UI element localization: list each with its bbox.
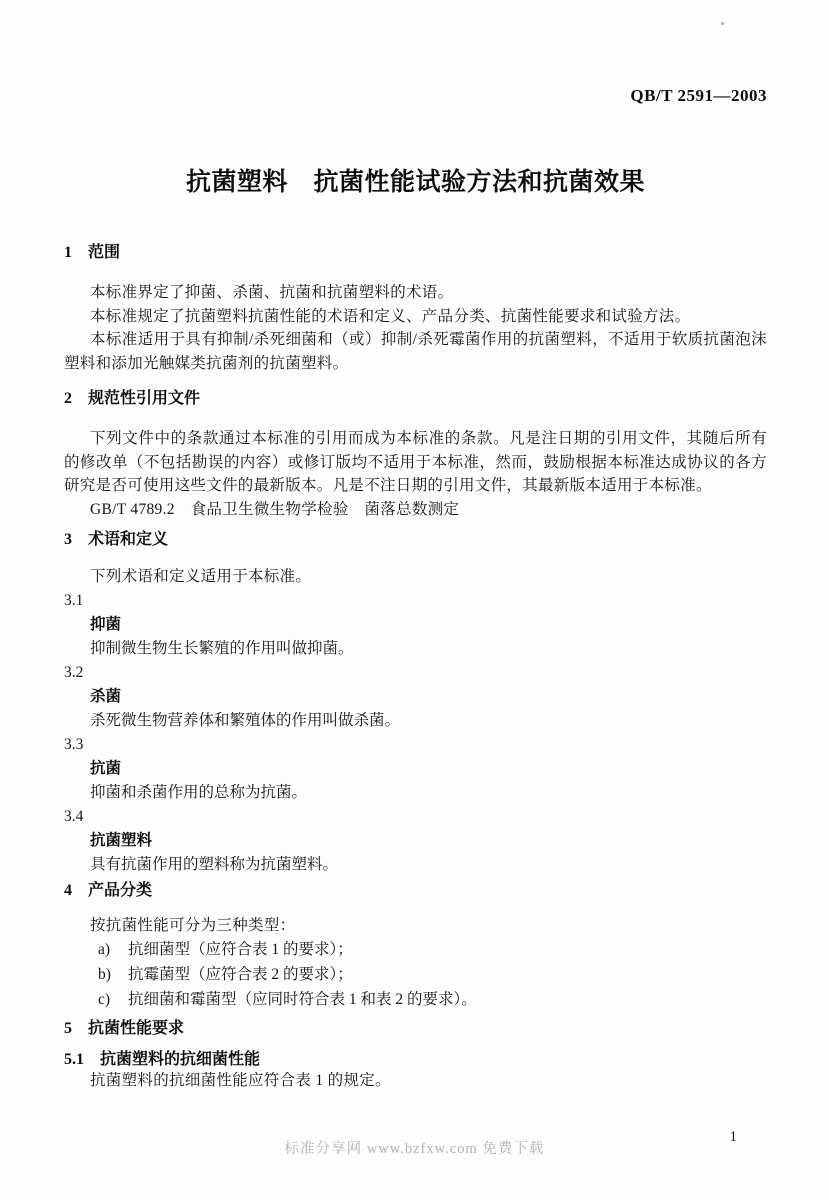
term-entry-3-4: 3.4 抗菌塑料 具有抗菌作用的塑料称为抗菌塑料。 [64, 805, 767, 877]
section-scope-heading: 1 范围 [64, 198, 767, 281]
term-number: 3.1 [64, 589, 767, 613]
term-definition: 具有抗菌作用的塑料称为抗菌塑料。 [64, 853, 767, 877]
document-title: 抗菌塑料 抗菌性能试验方法和抗菌效果 [64, 106, 767, 198]
scan-speck-artifact [721, 22, 724, 25]
performance-paragraph: 抗菌塑料的抗细菌性能应符合表 1 的规定。 [64, 1069, 767, 1093]
list-item-label: a) [98, 937, 128, 962]
section-performance-heading: 5 抗菌性能要求 [64, 1012, 767, 1050]
term-name: 抗菌塑料 [64, 829, 767, 853]
page-content: QB/T 2591—2003 抗菌塑料 抗菌性能试验方法和抗菌效果 1 范围 本… [0, 0, 829, 1093]
page-number: 1 [730, 1129, 738, 1146]
scope-paragraph-2: 本标准规定了抗菌塑料抗菌性能的术语和定义、产品分类、抗菌性能要求和试验方法。 [64, 305, 767, 329]
scope-paragraph-3: 本标准适用于具有抑制/杀死细菌和（或）抑制/杀死霉菌作用的抗菌塑料，不适用于软质… [64, 328, 767, 375]
classification-item-c: c) 抗细菌和霉菌型（应同时符合表 1 和表 2 的要求）。 [64, 987, 767, 1012]
list-item-label: b) [98, 962, 128, 987]
section-terms-heading: 3 术语和定义 [64, 521, 767, 565]
term-entry-3-3: 3.3 抗菌 抑菌和杀菌作用的总称为抗菌。 [64, 733, 767, 805]
subsection-5-1-heading: 5.1 抗菌塑料的抗细菌性能 [64, 1050, 767, 1069]
term-name: 抑菌 [64, 613, 767, 637]
list-item-label: c) [98, 987, 128, 1012]
scope-paragraph-1: 本标准界定了抑菌、杀菌、抗菌和抗菌塑料的术语。 [64, 281, 767, 305]
term-definition: 抑制微生物生长繁殖的作用叫做抑菌。 [64, 637, 767, 661]
list-item-text: 抗细菌型（应符合表 1 的要求）； [128, 937, 767, 962]
term-number: 3.2 [64, 661, 767, 685]
term-number: 3.3 [64, 733, 767, 757]
term-name: 抗菌 [64, 757, 767, 781]
section-classification-heading: 4 产品分类 [64, 877, 767, 914]
term-entry-3-2: 3.2 杀菌 杀死微生物营养体和繁殖体的作用叫做杀菌。 [64, 661, 767, 733]
classification-intro: 按抗菌性能可分为三种类型： [64, 914, 767, 938]
term-entry-3-1: 3.1 抑菌 抑制微生物生长繁殖的作用叫做抑菌。 [64, 589, 767, 661]
list-item-text: 抗霉菌型（应符合表 2 的要求）； [128, 962, 767, 987]
section-references-heading: 2 规范性引用文件 [64, 375, 767, 427]
terms-intro: 下列术语和定义适用于本标准。 [64, 565, 767, 589]
references-paragraph: 下列文件中的条款通过本标准的引用而成为本标准的条款。凡是注日期的引用文件，其随后… [64, 427, 767, 498]
term-definition: 抑菌和杀菌作用的总称为抗菌。 [64, 781, 767, 805]
classification-item-a: a) 抗细菌型（应符合表 1 的要求）； [64, 937, 767, 962]
list-item-text: 抗细菌和霉菌型（应同时符合表 1 和表 2 的要求）。 [128, 987, 767, 1012]
standard-code: QB/T 2591—2003 [64, 86, 767, 106]
watermark-text: 标准分享网 www.bzfxw.com 免费下载 [0, 1137, 829, 1158]
term-name: 杀菌 [64, 685, 767, 709]
reference-entry: GB/T 4789.2 食品卫生微生物学检验 菌落总数测定 [64, 498, 767, 522]
term-number: 3.4 [64, 805, 767, 829]
classification-item-b: b) 抗霉菌型（应符合表 2 的要求）； [64, 962, 767, 987]
document-page: QB/T 2591—2003 抗菌塑料 抗菌性能试验方法和抗菌效果 1 范围 本… [0, 0, 829, 1200]
term-definition: 杀死微生物营养体和繁殖体的作用叫做杀菌。 [64, 709, 767, 733]
